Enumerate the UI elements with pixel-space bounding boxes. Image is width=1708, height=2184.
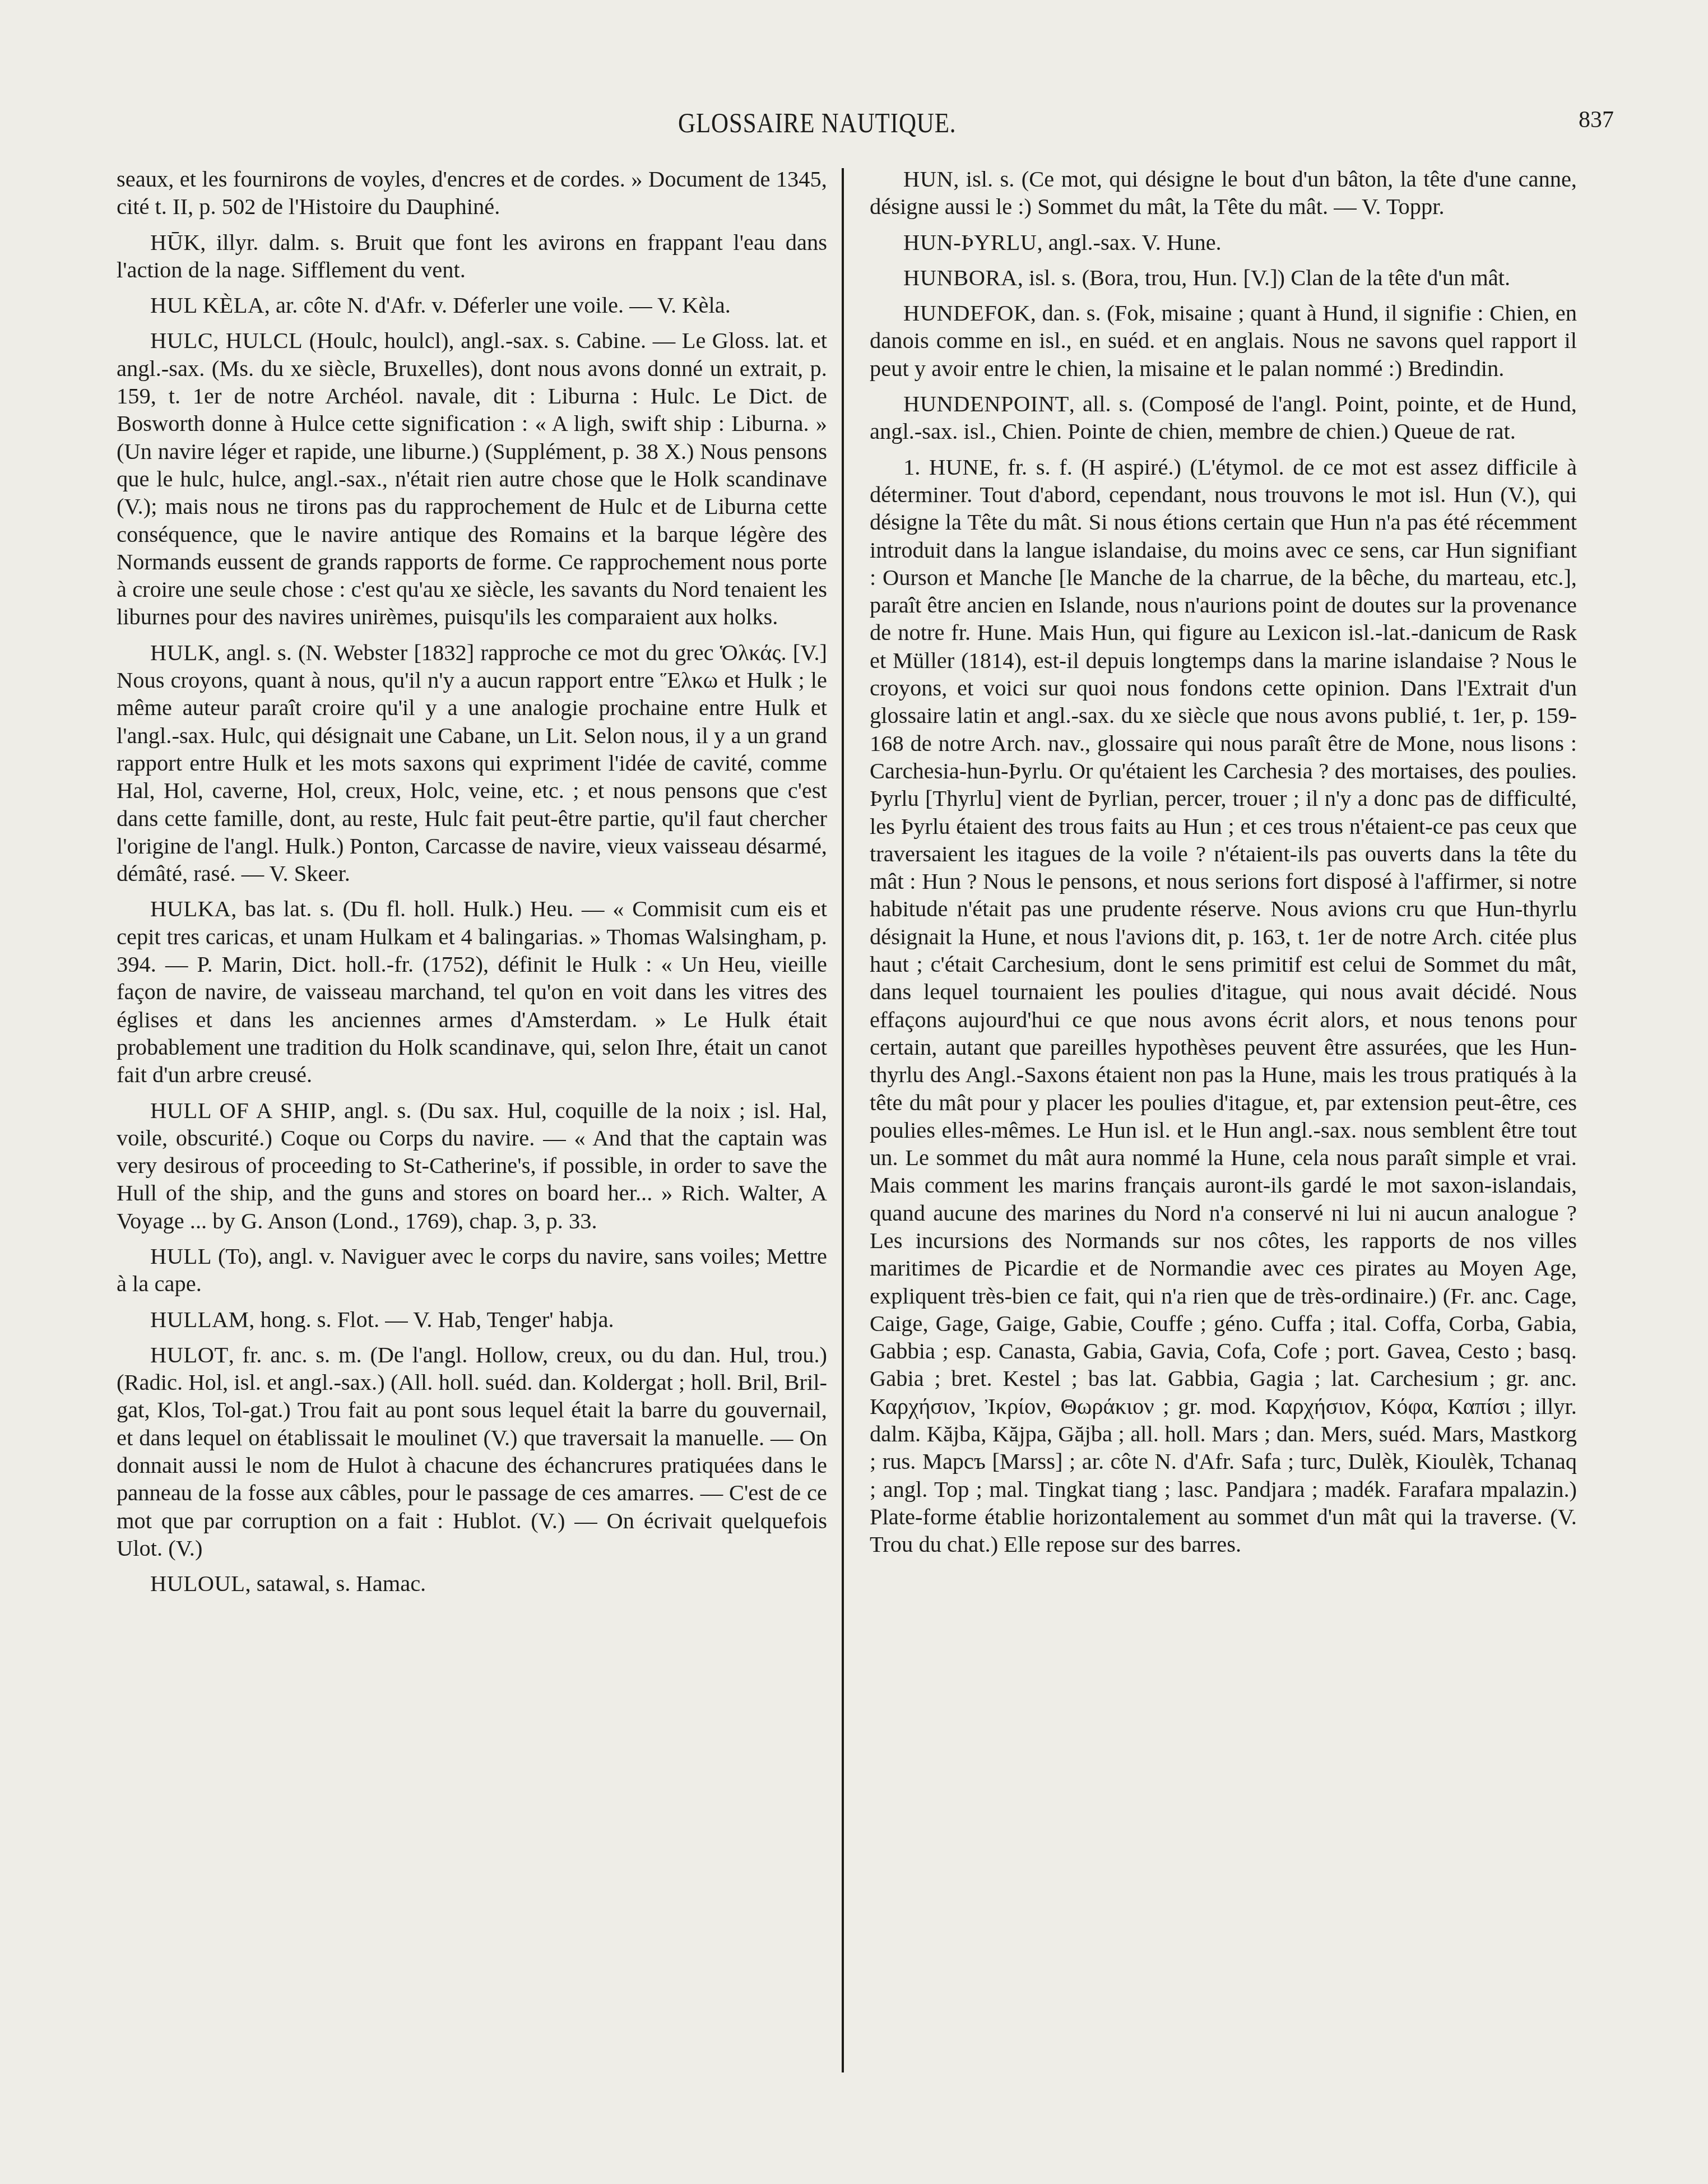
- page-header: GLOSSAIRE NAUTIQUE. 837: [106, 106, 1614, 151]
- headword: HUNE: [929, 455, 993, 480]
- headword: HULL OF A SHIP: [150, 1098, 330, 1123]
- headword: HUN: [903, 166, 953, 192]
- entry-hulk: HULK, angl. s. (N. Webster [1832] rappro…: [117, 639, 827, 888]
- entry-continuation: seaux, et les fournirons de voyles, d'en…: [117, 165, 827, 221]
- entry-hul-kela: HUL KÈLA, ar. côte N. d'Afr. v. Déferler…: [117, 291, 827, 319]
- entry-text: , angl.-sax. V. Hune.: [1037, 230, 1222, 255]
- headword: HUL KÈLA: [150, 293, 264, 318]
- headword: HUNDENPOINT: [903, 391, 1069, 416]
- left-column: seaux, et les fournirons de voyles, d'en…: [117, 165, 827, 1606]
- entry-hulot: HULOT, fr. anc. s. m. (De l'angl. Hollow…: [117, 1341, 827, 1562]
- entry-text: , isl. s. (Bora, trou, Hun. [V.]) Clan d…: [1018, 265, 1510, 290]
- entry-number: 1.: [903, 455, 920, 480]
- page-number: 837: [1579, 106, 1614, 133]
- headword: HULK: [150, 640, 214, 665]
- entry-text: , illyr. dalm. s. Bruit que font les avi…: [117, 230, 827, 282]
- headword: HUNDEFOK: [903, 300, 1031, 326]
- entry-hullam: HULLAM, hong. s. Flot. — V. Hab, Tenger'…: [117, 1306, 827, 1333]
- headword: HUN-ÞYRLU: [903, 230, 1037, 255]
- entry-huk: HŪK, illyr. dalm. s. Bruit que font les …: [117, 229, 827, 284]
- entry-text: seaux, et les fournirons de voyles, d'en…: [117, 166, 827, 219]
- entry-text: , fr. s. f. (H aspiré.) (L'étymol. de ce…: [870, 455, 1577, 1557]
- headword: HULC, HULCL: [150, 328, 303, 353]
- entry-hune: 1. HUNE, fr. s. f. (H aspiré.) (L'étymol…: [870, 453, 1577, 1559]
- headword: HULKA: [150, 896, 231, 921]
- entry-text: , angl. s. (N. Webster [1832] rapproche …: [117, 640, 827, 886]
- entry-text: , satawal, s. Hamac.: [245, 1571, 426, 1596]
- entry-hunbora: HUNBORA, isl. s. (Bora, trou, Hun. [V.])…: [870, 264, 1577, 291]
- entry-text: , isl. s. (Ce mot, qui désigne le bout d…: [870, 166, 1577, 219]
- headword: HUNBORA: [903, 265, 1018, 290]
- headword: HŪK: [150, 230, 200, 255]
- entry-hun-thyrlu: HUN-ÞYRLU, angl.-sax. V. Hune.: [870, 229, 1577, 256]
- entry-hundenpoint: HUNDENPOINT, all. s. (Composé de l'angl.…: [870, 390, 1577, 446]
- entry-hull-to: HULL (To), angl. v. Naviguer avec le cor…: [117, 1242, 827, 1298]
- running-title: GLOSSAIRE NAUTIQUE.: [678, 106, 956, 139]
- entry-hulka: HULKA, bas lat. s. (Du fl. holl. Hulk.) …: [117, 895, 827, 1088]
- entry-text: , ar. côte N. d'Afr. v. Déferler une voi…: [264, 293, 731, 318]
- entry-text: , bas lat. s. (Du fl. holl. Hulk.) Heu. …: [117, 896, 827, 1087]
- entry-text: , fr. anc. s. m. (De l'angl. Hollow, cre…: [117, 1342, 827, 1561]
- headword: HULL: [150, 1244, 212, 1269]
- entry-text: (Houlc, houlcl), angl.-sax. s. Cabine. —…: [117, 328, 827, 629]
- column-divider: [842, 168, 844, 2072]
- entry-hulc: HULC, HULCL (Houlc, houlcl), angl.-sax. …: [117, 327, 827, 630]
- right-column: HUN, isl. s. (Ce mot, qui désigne le bou…: [870, 165, 1577, 1566]
- entry-hull-of-a-ship: HULL OF A SHIP, angl. s. (Du sax. Hul, c…: [117, 1097, 827, 1235]
- headword: HULOUL: [150, 1571, 245, 1596]
- headword: HULLAM: [150, 1307, 249, 1332]
- entry-hun: HUN, isl. s. (Ce mot, qui désigne le bou…: [870, 165, 1577, 221]
- entry-text: (To), angl. v. Naviguer avec le corps du…: [117, 1244, 827, 1296]
- entry-text: , hong. s. Flot. — V. Hab, Tenger' habja…: [249, 1307, 614, 1332]
- entry-hundefok: HUNDEFOK, dan. s. (Fok, misaine ; quant …: [870, 299, 1577, 382]
- entry-huloul: HULOUL, satawal, s. Hamac.: [117, 1570, 827, 1597]
- headword: HULOT: [150, 1342, 229, 1367]
